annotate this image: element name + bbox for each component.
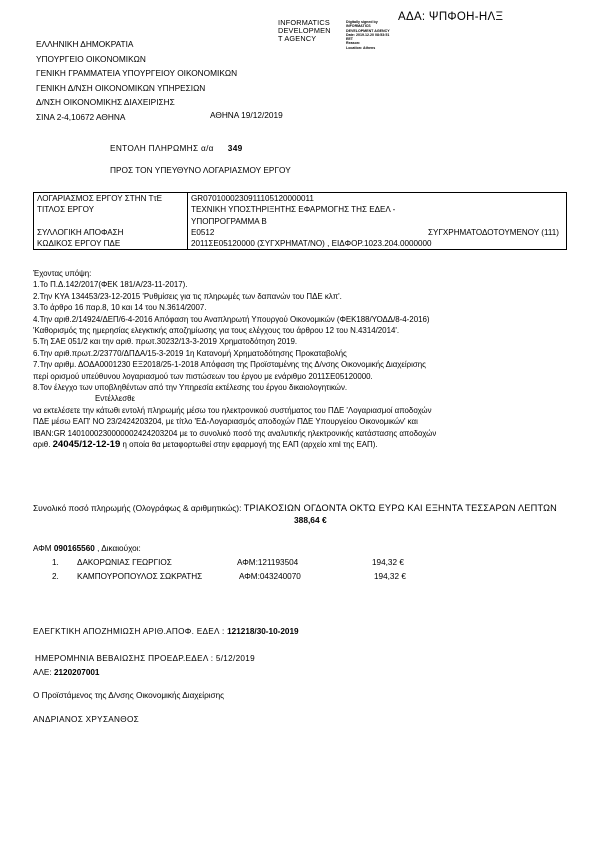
total-amount-section: Συνολικό ποσό πληρωμής (Ολογράφως & αριθ… (33, 502, 568, 514)
audit-label: ΕΛΕΓΚΤΙΚΗ ΑΠΟΖΗΜΙΩΣΗ ΑΡΙΘ.ΑΠΟΦ. ΕΔΕΛ : (33, 627, 225, 636)
total-label: Συνολικό ποσό πληρωμής (Ολογράφως & αριθ… (33, 503, 241, 513)
signature-meta-line: Location: Athens (346, 46, 390, 50)
ale-code: ΑΛΕ: 2120207001 (33, 668, 100, 678)
issuer-line: ΥΠΟΥΡΓΕΙΟ ΟΙΚΟΝΟΜΙΚΩΝ (36, 52, 237, 67)
decision-code: Ε0512 (191, 227, 214, 238)
table-row: ΥΠΟΠΡΟΓΡΑΜΜΑ Β (34, 216, 567, 227)
table-row: ΤΙΤΛΟΣ ΕΡΓΟΥ ΤΕΧΝΙΚΗ ΥΠΟΣΤΗΡΙΞΗΤΗΣ ΕΦΑΡΜ… (34, 204, 567, 215)
statement-reference: 24045/12-12-19 (53, 439, 121, 450)
table-row: ΛΟΓΑΡΙΑΣΜΟΣ ΕΡΓΟΥ ΣΤΗΝ ΤτΕ GR07010002309… (34, 193, 567, 205)
considerations-heading: Έχοντας υπόψη: (33, 268, 568, 279)
issuer-line: ΓΕΝΙΚΗ Δ/ΝΣΗ ΟΙΚΟΝΟΜΙΚΩΝ ΥΠΗΡΕΣΙΩΝ (36, 81, 237, 96)
row-label (34, 216, 188, 227)
signature-meta: Digitally signed by INFORMATICS DEVELOPM… (346, 20, 390, 50)
ref-prefix: αριθ. (33, 440, 50, 449)
beneficiary-afm: ΑΦΜ:121193504 (237, 558, 298, 568)
row-value: 2011ΣΕ05120000 (ΣΥΓΧΡΗΜΑΤ/ΝΟ) , ΕΙΔΦΟΡ.1… (188, 238, 567, 250)
consideration-item: 6.Την αριθ.πρωτ.2/23770/ΔΠΔΑ/15-3-2019 1… (33, 348, 568, 359)
certification-date: ΗΜΕΡΟΜΗΝΙΑ ΒΕΒΑΙΩΣΗΣ ΠΡΟΕΔΡ.ΕΔΕΛ : 5/12/… (35, 654, 255, 664)
row-label: ΤΙΤΛΟΣ ΕΡΓΟΥ (34, 204, 188, 215)
considerations-section: Έχοντας υπόψη: 1.Το Π.Δ.142/2017(ΦΕΚ 181… (33, 268, 568, 451)
ale-label: ΑΛΕ: (33, 668, 52, 677)
issuer-header: ΕΛΛΗΝΙΚΗ ΔΗΜΟΚΡΑΤΙΑ ΥΠΟΥΡΓΕΙΟ ΟΙΚΟΝΟΜΙΚΩ… (36, 37, 237, 125)
ale-value: 2120207001 (54, 668, 100, 677)
project-info-table: ΛΟΓΑΡΙΑΣΜΟΣ ΕΡΓΟΥ ΣΤΗΝ ΤτΕ GR07010002309… (33, 192, 567, 250)
consideration-item: 3.Το άρθρο 16 παρ.8, 10 και 14 του Ν.361… (33, 302, 568, 313)
afm-value: 090165560 (54, 544, 95, 553)
order-title: ΕΝΤΟΛΗ ΠΛΗΡΩΜΗΣ α/α349 (110, 143, 243, 153)
beneficiary-number: 1. (52, 558, 59, 568)
beneficiaries-label: , Δικαιούχοι: (97, 544, 141, 553)
total-amount: 388,64 € (294, 514, 327, 526)
consideration-item: 'Καθορισμός της ημερησίας ελεγκτικής απο… (33, 325, 568, 336)
consideration-item: 5.Τη ΣΑΕ 051/2 και την αριθ. πρωτ.30232/… (33, 336, 568, 347)
table-row: ΚΩΔΙΚΟΣ ΕΡΓΟΥ ΠΔΕ 2011ΣΕ05120000 (ΣΥΓΧΡΗ… (34, 238, 567, 250)
row-label: ΛΟΓΑΡΙΑΣΜΟΣ ΕΡΓΟΥ ΣΤΗΝ ΤτΕ (34, 193, 188, 205)
afm-label: ΑΦΜ (33, 544, 52, 553)
beneficiary-number: 2. (52, 572, 59, 582)
row-label: ΣΥΛΛΟΓΙΚΗ ΑΠΟΦΑΣΗ (34, 227, 188, 238)
consideration-item: 8.Τον έλεγχο των υποβληθέντων από την Υπ… (33, 382, 568, 393)
audit-compensation: ΕΛΕΓΚΤΙΚΗ ΑΠΟΖΗΜΙΩΣΗ ΑΡΙΘ.ΑΠΟΦ. ΕΔΕΛ : 1… (33, 627, 299, 637)
audit-decision: 121218/30-10-2019 (227, 627, 298, 636)
place-date: ΑΘΗΝΑ 19/12/2019 (210, 110, 283, 120)
instruction-last-line: αριθ. 24045/12-12-19 η οποία θα μεταφορτ… (33, 439, 568, 450)
order-recipient: ΠΡΟΣ ΤΟΝ ΥΠΕΥΘΥΝΟ ΛΟΓΑΡΙΑΣΜΟΥ ΕΡΓΟΥ (110, 165, 291, 175)
consideration-item: περί ορισμού υπεύθυνου λογαριασμού των π… (33, 371, 568, 382)
row-value: GR0701000230911105120000011 (188, 193, 567, 205)
issuer-address: ΣΙΝΑ 2-4,10672 ΑΘΗΝΑ (36, 110, 237, 125)
stamp-line: T AGENCY (278, 35, 331, 43)
signatory-name: ΑΝΔΡΙΑΝΟΣ ΧΡΥΣΑΝΘΟΣ (33, 715, 139, 725)
beneficiary-amount: 194,32 € (372, 558, 404, 568)
instruction-word: Εντέλλεσθε (33, 393, 568, 404)
consideration-item: 7.Την αριθμ. ΔΟΔΑ0001230 ΕΞ2018/25-1-201… (33, 359, 568, 370)
instruction-line: ΠΔΕ μέσω ΕΑΠ' ΝΟ 23/2424203204, με τίτλο… (33, 416, 568, 427)
order-number: 349 (228, 143, 243, 153)
signatory-title: Ο Προϊστάμενος της Δ/νσης Οικονομικής Δι… (33, 691, 224, 701)
issuer-line: Δ/ΝΣΗ ΟΙΚΟΝΟΜΙΚΗΣ ΔΙΑΧΕΙΡΙΣΗΣ (36, 95, 237, 110)
signature-stamp: INFORMATICS DEVELOPMEN T AGENCY (278, 19, 331, 44)
row-value: ΤΕΧΝΙΚΗ ΥΠΟΣΤΗΡΙΞΗΤΗΣ ΕΦΑΡΜΟΓΗΣ ΤΗΣ ΕΔΕΛ… (188, 204, 567, 215)
beneficiary-amount: 194,32 € (374, 572, 406, 582)
table-row: ΣΥΛΛΟΓΙΚΗ ΑΠΟΦΑΣΗ Ε0512 ΣΥΓΧΡΗΜΑΤΟΔΟΤΟΥΜ… (34, 227, 567, 238)
ada-code: ΑΔΑ: ΨΠΦΟΗ-ΗΛΞ (398, 10, 503, 24)
issuer-line: ΓΕΝΙΚΗ ΓΡΑΜΜΑΤΕΙΑ ΥΠΟΥΡΓΕΙΟΥ ΟΙΚΟΝΟΜΙΚΩΝ (36, 66, 237, 81)
instruction-line: IBAN:GR 1401000230000002424203204 με το … (33, 428, 568, 439)
row-value: ΥΠΟΠΡΟΓΡΑΜΜΑ Β (188, 216, 567, 227)
consideration-item: 2.Την ΚΥΑ 134453/23-12-2015 'Ρυθμίσεις γ… (33, 291, 568, 302)
order-title-text: ΕΝΤΟΛΗ ΠΛΗΡΩΜΗΣ α/α (110, 143, 214, 153)
row-value: Ε0512 ΣΥΓΧΡΗΜΑΤΟΔΟΤΟΥΜΕΝΟΥ (111) (188, 227, 567, 238)
consideration-item: 1.Το Π.Δ.142/2017(ΦΕΚ 181/Α/23-11-2017). (33, 279, 568, 290)
issuer-line: ΕΛΛΗΝΙΚΗ ΔΗΜΟΚΡΑΤΙΑ (36, 37, 237, 52)
instruction-line: να εκτελέσετε την κάτωθι εντολή πληρωμής… (33, 405, 568, 416)
beneficiary-afm: ΑΦΜ:043240070 (239, 572, 301, 582)
row-label: ΚΩΔΙΚΟΣ ΕΡΓΟΥ ΠΔΕ (34, 238, 188, 250)
ref-suffix: η οποία θα μεταφορτωθεί στην εφαρμογή τη… (120, 440, 377, 449)
consideration-item: 4.Την αριθ.2/14924/ΔΕΠ/6-4-2016 Απόφαση … (33, 314, 568, 325)
payer-afm: ΑΦΜ 090165560 , Δικαιούχοι: (33, 544, 141, 554)
beneficiary-name: ΔΑΚΟΡΩΝΙΑΣ ΓΕΩΡΓΙΟΣ (77, 558, 172, 568)
total-in-words: ΤΡΙΑΚΟΣΙΩΝ ΟΓΔΟΝΤΑ ΟΚΤΩ ΕΥΡΩ ΚΑΙ ΕΞΗΝΤΑ … (244, 503, 557, 513)
beneficiary-name: ΚΑΜΠΟΥΡΟΠΟΥΛΟΣ ΣΩΚΡΑΤΗΣ (77, 572, 202, 582)
cofunded-label: ΣΥΓΧΡΗΜΑΤΟΔΟΤΟΥΜΕΝΟΥ (111) (428, 227, 559, 238)
